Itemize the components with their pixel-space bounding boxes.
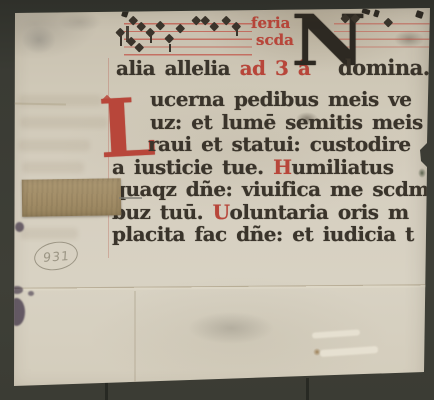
antiphon-word: domina. — [338, 55, 430, 80]
parchment-leaf: feria scda alia allelia ad 3 ã N domina.… — [0, 0, 434, 400]
psalm-text-line: a iusticie tue. Humiliatus — [100, 156, 434, 179]
show-through-text — [18, 140, 90, 151]
trimmed-letter-mark — [121, 9, 129, 18]
rubric-feria: feria — [251, 14, 290, 32]
psalm-text-line: buz tuū. Uoluntaria oris m — [100, 201, 434, 224]
pencil-number-annotation: 931 — [42, 248, 70, 265]
psalm-text-segment: a iusticie tue. — [112, 156, 273, 179]
psalm-text-line: ucerna pedibus meis ve — [100, 88, 434, 111]
fold-crease-horizontal — [14, 284, 426, 291]
chant-black-text: alia allelia — [116, 56, 230, 80]
psalm-text-line: quaqz dñe: viuifica me scdm — [100, 178, 434, 201]
rubric-secunda: scda — [256, 31, 294, 49]
trimmed-letter-mark — [415, 10, 424, 19]
psalm-text-block: ucerna pedibus meis veuz: et lumē semiti… — [100, 88, 434, 246]
psalm-text-segment: uz: et lumē semitis meis — [150, 111, 423, 134]
psalm-text-line: raui et statui: custodire — [100, 133, 434, 156]
psalm-text-segment: umiliatus — [291, 156, 393, 179]
scrape-mark — [320, 346, 378, 357]
backing-board-gap — [306, 378, 309, 400]
gray-smudge — [188, 312, 274, 344]
inline-red-initial: H — [273, 156, 291, 179]
trimmed-letter-mark — [373, 9, 380, 17]
show-through-text — [22, 162, 84, 173]
psalm-text-segment: ucerna pedibus meis ve — [150, 88, 412, 111]
ink-blot — [8, 298, 25, 326]
scrape-mark — [312, 329, 360, 338]
show-through-text — [20, 117, 108, 128]
fold-crease-vertical — [134, 291, 136, 385]
tape-edge-line — [119, 197, 142, 199]
pencil-oval: 931 — [32, 238, 80, 273]
psalm-text-segment: raui et statui: custodire — [148, 133, 411, 156]
psalm-text-segment: oluntaria oris m — [230, 201, 409, 224]
psalm-text-line: placita fac dñe: et iudicia t — [100, 223, 434, 246]
gray-stain — [58, 12, 102, 32]
gray-stain — [22, 26, 56, 54]
neume-stem — [169, 44, 171, 52]
ink-blot — [15, 222, 24, 232]
neume-stem — [120, 35, 122, 46]
inline-red-initial: U — [213, 201, 230, 224]
psalm-text-segment: quaqz dñe: viuifica me scdm — [112, 178, 429, 201]
show-through-text — [20, 228, 78, 239]
backing-board-gap — [105, 382, 108, 400]
ink-blot — [11, 286, 23, 294]
manuscript-photo: feria scda alia allelia ad 3 ã N domina.… — [0, 0, 434, 400]
psalm-text-segment: placita fac dñe: et iudicia t — [112, 223, 414, 246]
psalm-text-segment: buz tuū. — [112, 201, 213, 224]
psalm-text-line: uz: et lumē semitis meis — [100, 111, 434, 134]
ink-blot — [28, 291, 34, 296]
neume-stem — [150, 35, 152, 43]
chant-text-line: alia allelia ad 3 ã — [116, 56, 310, 80]
neume-stem — [236, 29, 238, 36]
repair-tape-patch — [22, 178, 122, 216]
